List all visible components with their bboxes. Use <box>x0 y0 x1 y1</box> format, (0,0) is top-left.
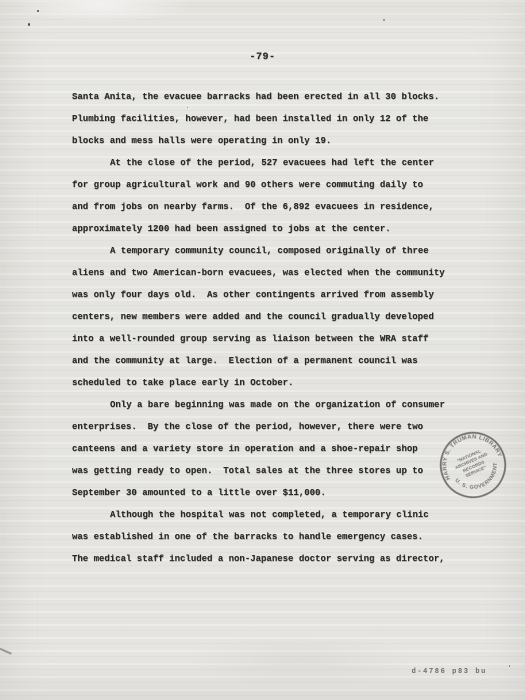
paper-speck <box>187 107 188 108</box>
paragraph-employment: At the close of the period, 527 evacuees… <box>72 152 467 240</box>
document-body: Santa Anita, the evacuee barracks had be… <box>72 86 467 570</box>
paragraph-continuation: Santa Anita, the evacuee barracks had be… <box>72 86 467 152</box>
paper-speck <box>383 19 385 21</box>
paragraph-consumer-enterprises: Only a bare beginning was made on the or… <box>72 394 467 504</box>
corner-scan-mark <box>0 647 12 655</box>
paragraph-hospital-clinic: Although the hospital was not completed,… <box>72 504 467 570</box>
page-number: -79- <box>0 52 525 63</box>
paper-speck <box>37 10 39 12</box>
paper-speck <box>509 665 510 667</box>
paragraph-community-council: A temporary community council, composed … <box>72 240 467 394</box>
scanned-document-page: -79- Santa Anita, the evacuee barracks h… <box>0 0 525 700</box>
paper-speck <box>28 23 30 26</box>
scan-reference-code: d-4786 p83 bu <box>412 668 487 676</box>
